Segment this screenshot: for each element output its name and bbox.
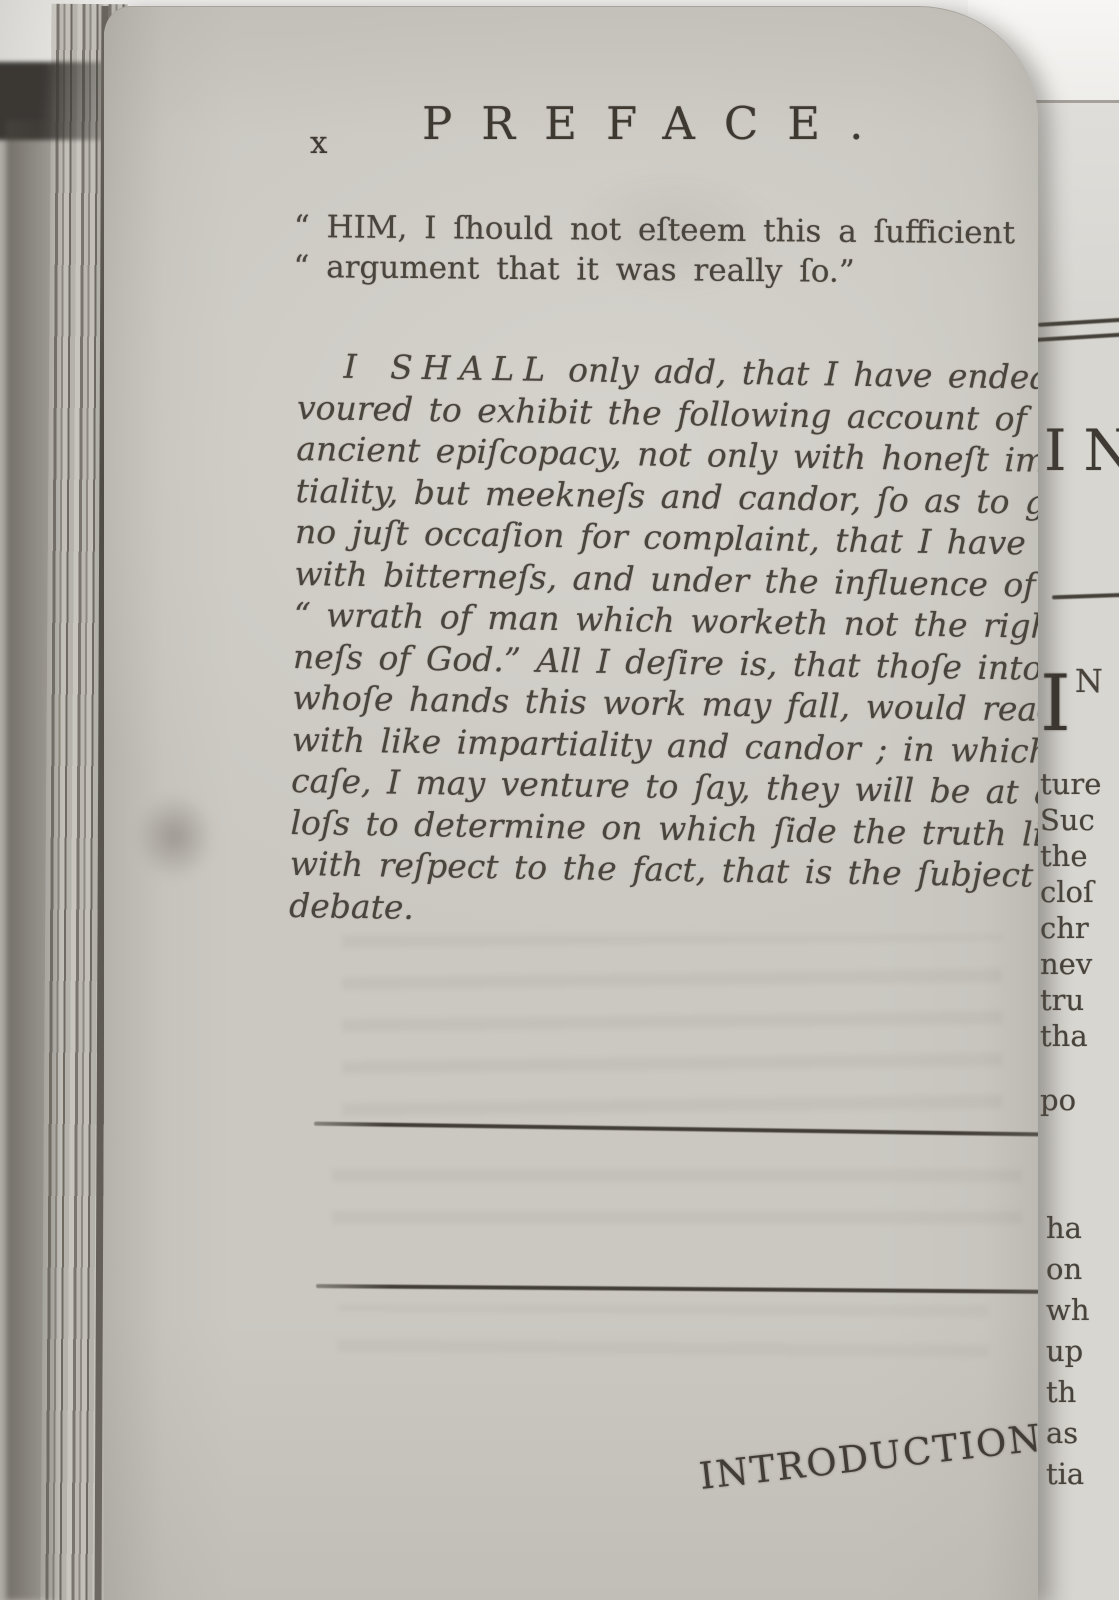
facing-page-text-fragments-upper: ture Suc the cloſ chr nev tru tha po	[1040, 766, 1101, 1118]
fragment-line: Suc	[1040, 802, 1101, 838]
gutter-shadow	[6, 120, 58, 1600]
fragment-line: the	[1040, 838, 1101, 874]
quote-line: “ HIM, I ſhould not eſteem this a ſuffic…	[294, 207, 1016, 253]
fragment-line: wh	[1046, 1290, 1090, 1331]
fragment-line: tru	[1040, 982, 1101, 1018]
book-photo: IN IN ture Suc the cloſ chr nev tru tha …	[0, 0, 1119, 1600]
quote-line: “ argument that it was really ſo.”	[293, 247, 1015, 293]
facing-page-heading-fragment: IN	[1044, 418, 1119, 484]
show-through-text-ghost	[332, 1169, 1022, 1231]
fragment-line: up	[1046, 1331, 1090, 1372]
fragment-line: on	[1046, 1249, 1090, 1290]
fragment-line: tia	[1046, 1454, 1090, 1495]
catchword: INTRODUCTION	[697, 1416, 1038, 1498]
fragment-line: chr	[1040, 910, 1101, 946]
fragment-line: nev	[1040, 946, 1101, 982]
dropcap-letter: I	[1040, 659, 1071, 749]
fragment-line: cloſ	[1040, 874, 1101, 910]
quotation-block: “ HIM, I ſhould not eſteem this a ſuffic…	[293, 207, 1015, 293]
preface-page: x PREFACE. “ HIM, I ſhould not eſteem th…	[104, 6, 1038, 1600]
fragment-line: po	[1040, 1082, 1101, 1118]
paragraph-lead: I SHALL	[343, 347, 554, 389]
paragraph-line-text: only add, that I have endea-	[568, 350, 1038, 397]
facing-page-double-rule-bottom	[1036, 332, 1119, 342]
fragment-line: as	[1046, 1413, 1090, 1454]
facing-page-double-rule-top	[1038, 317, 1119, 327]
fragment-line: ha	[1046, 1208, 1090, 1249]
page-number: x	[310, 125, 327, 161]
facing-page-text-fragments-lower: ha on wh up th as tia	[1046, 1208, 1090, 1495]
ink-smudge	[122, 779, 227, 894]
show-through-text-ghost	[342, 935, 1002, 1130]
fragment-line: ture	[1040, 766, 1101, 802]
show-through-text-ghost	[338, 1305, 988, 1363]
fragment-line: th	[1046, 1372, 1090, 1413]
facing-page-single-rule	[1052, 593, 1119, 599]
dropcap-following-letter: N	[1075, 662, 1103, 700]
horizontal-rule-lower	[316, 1284, 1038, 1294]
body-paragraph: I SHALLonly add, that I have endea- vour…	[289, 345, 1038, 938]
facing-page-dropcap-line: IN	[1040, 662, 1103, 743]
horizontal-rule-upper	[314, 1122, 1038, 1137]
fragment-line: tha	[1040, 1018, 1101, 1054]
page-title: PREFACE.	[422, 97, 892, 150]
